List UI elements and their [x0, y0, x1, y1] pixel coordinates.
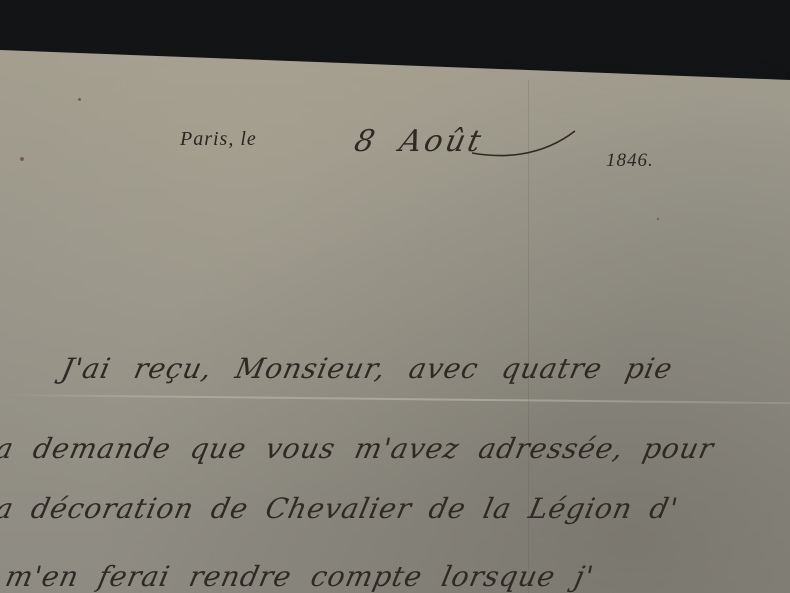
letter-paper: Paris, le 8 Août 1846. J'ai reçu, Monsie… [0, 0, 790, 593]
body-line-3: a décoration de Chevalier de la Légion d… [0, 492, 681, 525]
date-year: 1846. [606, 150, 654, 172]
paper-spot [20, 157, 24, 161]
body-line-4: m'en ferai rendre compte lorsque j' [2, 560, 597, 593]
date-day: 8 [351, 124, 379, 159]
paper-spot [657, 218, 659, 220]
paper-spot [78, 98, 81, 101]
body-line-2: a demande que vous m'avez adressée, pour [0, 432, 717, 465]
body-line-1: J'ai reçu, Monsieur, avec quatre pie [58, 352, 675, 385]
paper-fold-crease [0, 394, 790, 404]
month-flourish [470, 128, 580, 158]
place-prefix: Paris, le [180, 128, 257, 151]
